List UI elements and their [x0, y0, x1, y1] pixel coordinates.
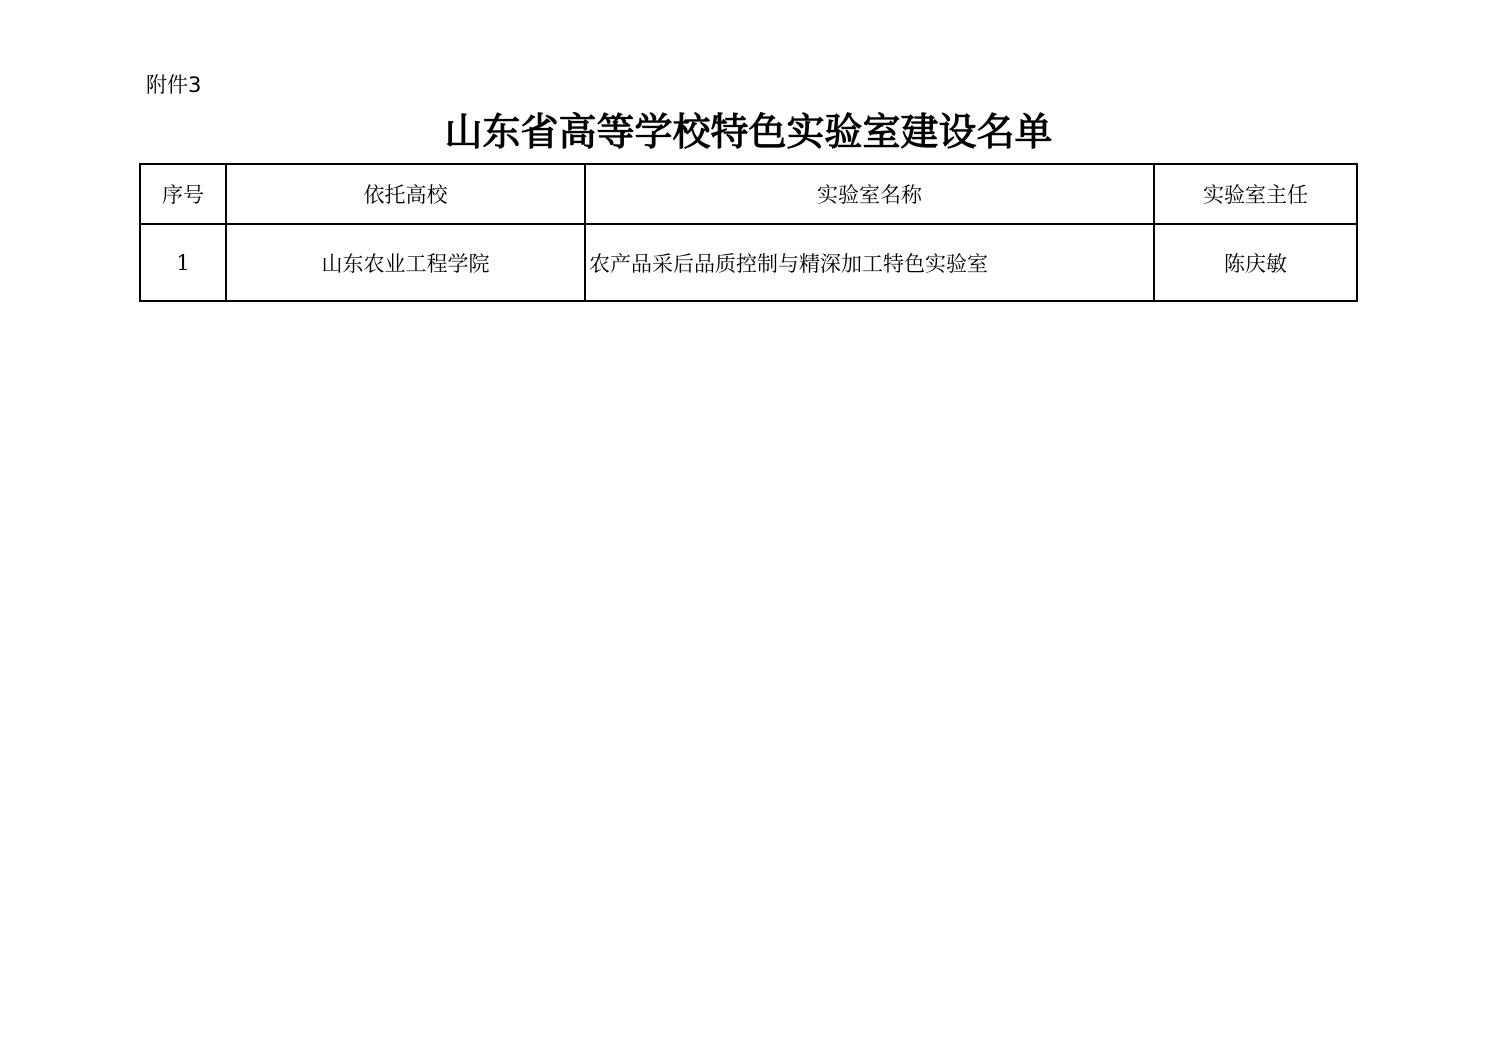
cell-host-university: 山东农业工程学院 [226, 224, 585, 301]
cell-lab-name: 农产品采后品质控制与精深加工特色实验室 [585, 224, 1154, 301]
header-lab-name: 实验室名称 [585, 164, 1154, 224]
table-header-row: 序号 依托高校 实验室名称 实验室主任 [140, 164, 1357, 224]
cell-serial-number: 1 [140, 224, 226, 301]
document-title: 山东省高等学校特色实验室建设名单 [0, 108, 1497, 156]
cell-lab-director: 陈庆敏 [1154, 224, 1357, 301]
lab-roster-table: 序号 依托高校 实验室名称 实验室主任 1 山东农业工程学院 农产品采后品质控制… [139, 163, 1358, 302]
attachment-label: 附件3 [146, 71, 201, 99]
header-host-university: 依托高校 [226, 164, 585, 224]
header-lab-director: 实验室主任 [1154, 164, 1357, 224]
table-row: 1 山东农业工程学院 农产品采后品质控制与精深加工特色实验室 陈庆敏 [140, 224, 1357, 301]
header-serial-number: 序号 [140, 164, 226, 224]
